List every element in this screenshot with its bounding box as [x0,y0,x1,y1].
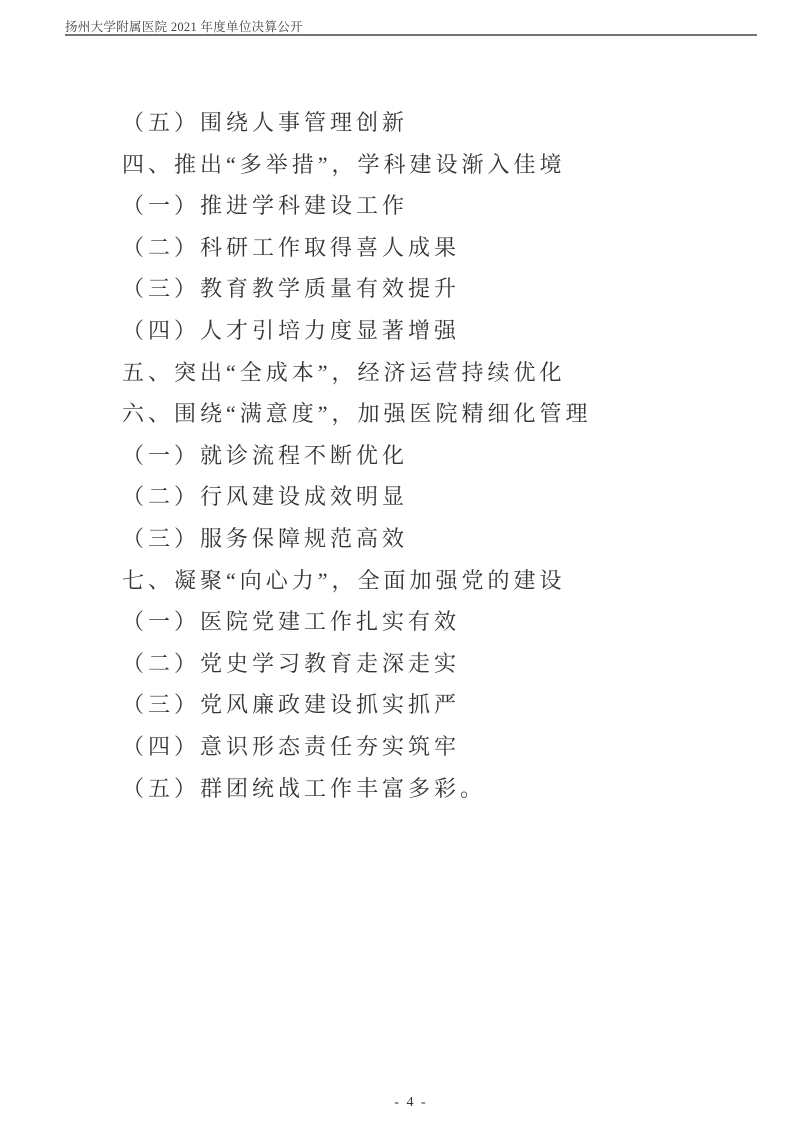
toc-item: 六、围绕“满意度”，加强医院精细化管理 [122,393,762,435]
toc-item: 七、凝聚“向心力”，全面加强党的建设 [122,560,762,602]
toc-item: 四、推出“多举措”，学科建设渐入佳境 [122,144,762,186]
toc-item: （二）行风建设成效明显 [122,476,762,518]
toc-item: 五、突出“全成本”，经济运营持续优化 [122,352,762,394]
toc-item: （四）意识形态责任夯实筑牢 [122,726,762,768]
toc-item: （二）党史学习教育走深走实 [122,643,762,685]
toc-item: （五）群团统战工作丰富多彩。 [122,768,762,810]
page-header-title: 扬州大学附属医院 2021 年度单位决算公开 [65,17,303,35]
toc-item: （五）围绕人事管理创新 [122,102,762,144]
toc-item: （一）就诊流程不断优化 [122,435,762,477]
toc-item: （三）教育教学质量有效提升 [122,268,762,310]
page-number: - 4 - [394,1095,427,1110]
toc-item: （三）党风廉政建设抓实抓严 [122,684,762,726]
toc-item: （三）服务保障规范高效 [122,518,762,560]
toc-list: （五）围绕人事管理创新 四、推出“多举措”，学科建设渐入佳境 （一）推进学科建设… [122,102,762,809]
toc-item: （二）科研工作取得喜人成果 [122,227,762,269]
header-divider [65,34,757,36]
toc-item: （四）人才引培力度显著增强 [122,310,762,352]
document-page: 扬州大学附属医院 2021 年度单位决算公开 （五）围绕人事管理创新 四、推出“… [0,0,800,1131]
toc-item: （一）推进学科建设工作 [122,185,762,227]
toc-item: （一）医院党建工作扎实有效 [122,601,762,643]
page-footer: - 4 - [65,1093,757,1111]
